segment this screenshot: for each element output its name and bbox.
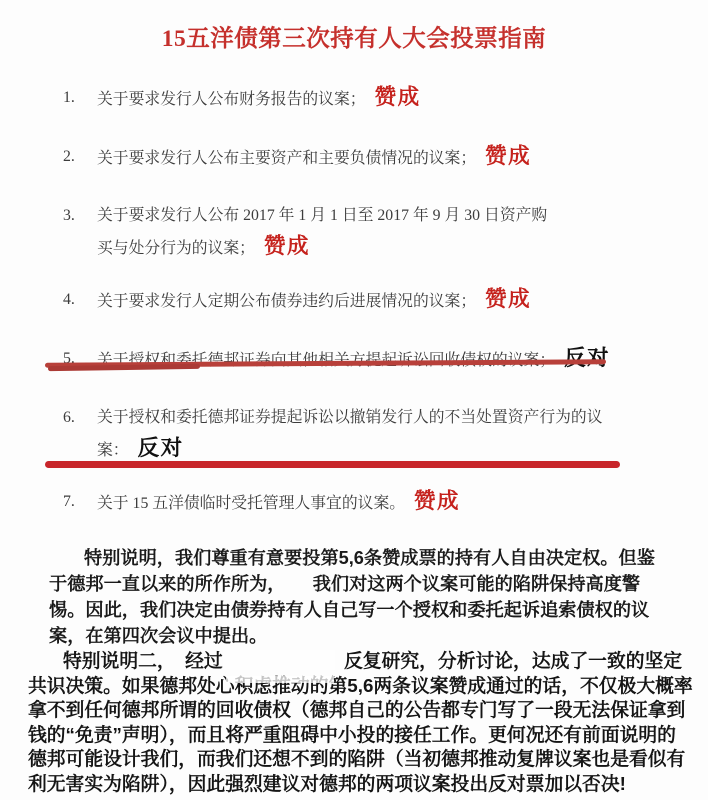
item-text: 关于 15 五洋债临时受托管理人事宜的议案。赞成 [97, 486, 460, 519]
item-proposal-text: 关于 15 五洋债临时受托管理人事宜的议案。 [97, 495, 405, 512]
document-page: 15五洋债第三次持有人大会投票指南 1. 关于要求发行人公布财务报告的议案；赞成… [0, 0, 708, 800]
ballot-item-7: 7. 关于 15 五洋债临时受托管理人事宜的议案。赞成 [63, 486, 688, 519]
note-paragraph-2: 特别说明二， 经过）反复研究，分析讨论，达成了一致的坚定共识决策。如果德邦处心积… [28, 649, 694, 796]
ballot-item-2: 2. 关于要求发行人公布主要资产和主要负债情况的议案；赞成 [63, 141, 688, 174]
item-text: 关于要求发行人公布主要资产和主要负债情况的议案；赞成 [97, 141, 531, 174]
item-proposal-text: 关于要求发行人定期公布债券违约后进展情况的议案； [97, 293, 476, 310]
ballot-item-6: 6. 关于授权和委托德邦证券提起诉讼以撤销发行人的不当处置资产行为的议案：反对 [63, 402, 688, 466]
item-number: 1. [63, 82, 97, 115]
item-text: 关于要求发行人公布财务报告的议案；赞成 [97, 82, 421, 115]
item-number: 3. [63, 200, 97, 264]
item-text: 关于授权和委托德邦证券提起诉讼以撤销发行人的不当处置资产行为的议案：反对 [97, 402, 627, 466]
item-number: 6. [63, 402, 97, 466]
vote-label: 赞成 [485, 144, 531, 168]
vote-label: 赞成 [414, 489, 460, 513]
redaction-remnant-glyph: ） [335, 649, 344, 674]
page-title: 15五洋债第三次持有人大会投票指南 [10, 24, 698, 54]
note-paragraph-1: 特别说明，我们尊重有意要投第5,6条赞成票的持有人自由决定权。但鉴于德邦一直以来… [49, 545, 668, 649]
notes-section: 特别说明，我们尊重有意要投第5,6条赞成票的持有人自由决定权。但鉴于德邦一直以来… [0, 545, 708, 796]
item-number: 2. [63, 141, 97, 174]
ballot-item-1: 1. 关于要求发行人公布财务报告的议案；赞成 [63, 82, 688, 115]
ballot-item-4: 4. 关于要求发行人定期公布债券违约后进展情况的议案；赞成 [63, 284, 688, 317]
item-number: 5. [63, 343, 97, 376]
item-number: 7. [63, 486, 97, 519]
para2-prefix: 特别说明二， 经过 [63, 650, 223, 671]
item-proposal-text: 关于要求发行人公布 2017 年 1 月 1 日至 2017 年 9 月 30 … [97, 207, 547, 257]
red-underline-item6 [45, 461, 620, 468]
item-text: 关于要求发行人公布 2017 年 1 月 1 日至 2017 年 9 月 30 … [97, 200, 552, 264]
ballot-list: 1. 关于要求发行人公布财务报告的议案；赞成 2. 关于要求发行人公布主要资产和… [63, 82, 688, 519]
vote-label: 赞成 [375, 85, 421, 109]
vote-label: 赞成 [264, 234, 310, 258]
vote-label: 赞成 [485, 287, 531, 311]
vote-label: 反对 [138, 436, 184, 460]
item-proposal-text: 关于要求发行人公布财务报告的议案； [97, 91, 366, 108]
redaction-whiteout [223, 650, 335, 670]
ballot-item-5: 5. 关于授权和委托德邦证券向其他相关方提起诉讼回收债权的议案；反对 [63, 343, 688, 376]
item-text: 关于要求发行人定期公布债券违约后进展情况的议案；赞成 [97, 284, 531, 317]
ballot-item-3: 3. 关于要求发行人公布 2017 年 1 月 1 日至 2017 年 9 月 … [63, 200, 688, 264]
para2-suffix: 反复研究，分析讨论，达成了一致的坚定共识决策。如果德邦处心积虑推动的第5,6两条… [28, 650, 693, 794]
item-number: 4. [63, 284, 97, 317]
vote-label: 反对 [564, 346, 610, 370]
item-proposal-text: 关于要求发行人公布主要资产和主要负债情况的议案； [97, 150, 476, 167]
